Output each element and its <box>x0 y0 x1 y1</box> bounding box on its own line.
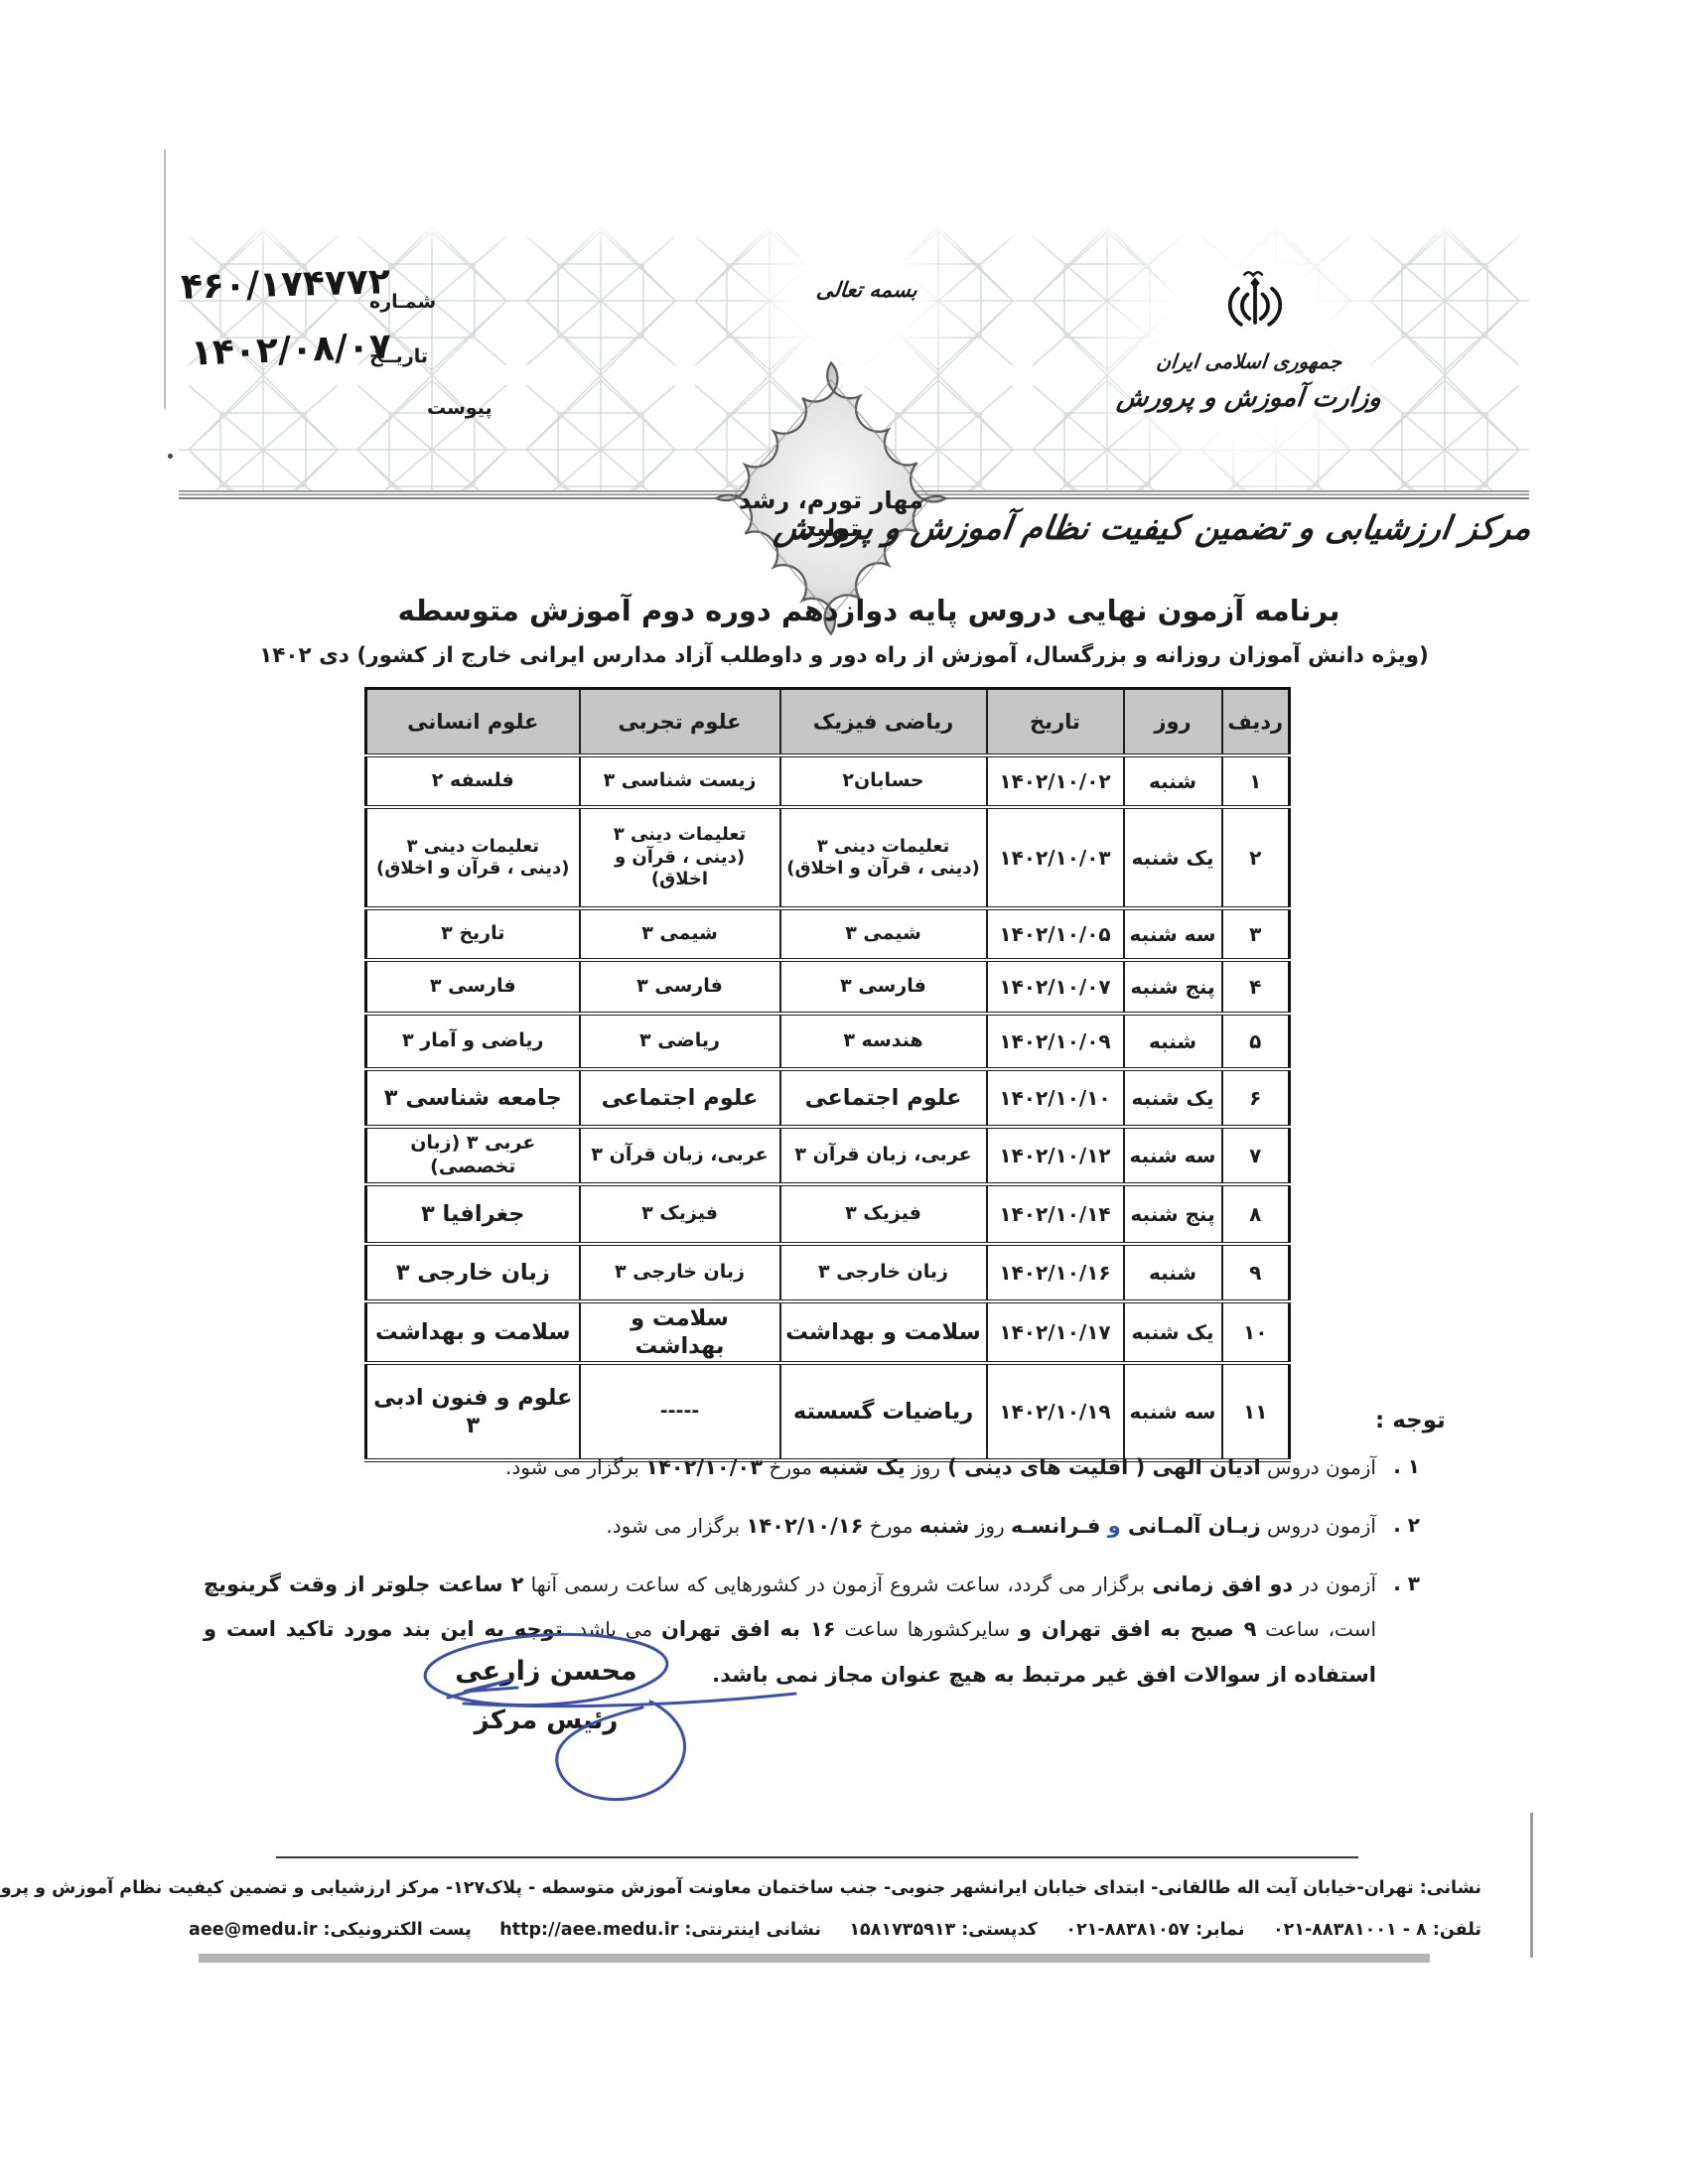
note-number: ۱ . <box>1376 1445 1420 1490</box>
note-text: آزمون دروس ادیان الهی ( اقلیت های دینی )… <box>204 1445 1376 1490</box>
note-segment: ۲ ساعت جلوتر از وقت گرینویچ <box>204 1572 523 1596</box>
note-segment: آزمون دروس <box>1261 1514 1376 1538</box>
table-cell: هندسه ۳ <box>780 1014 987 1069</box>
table-row: ۱۰یک شنبه۱۴۰۲/۱۰/۱۷سلامت و بهداشتسلامت و… <box>366 1301 1290 1363</box>
scan-edge-line-right <box>1530 1813 1533 1958</box>
attachment-label: پیوست <box>427 397 492 419</box>
table-row: ۱شنبه۱۴۰۲/۱۰/۰۲حسابان۲زیست شناسی ۳فلسفه … <box>366 755 1290 807</box>
note-segment: روز <box>906 1455 940 1479</box>
table-cell: ۷ <box>1222 1127 1290 1184</box>
table-cell: زبان خارجی ۳ <box>580 1244 780 1301</box>
footer-contact-item: کدپستی: ۱۵۸۱۷۳۵۹۱۳ <box>849 1920 1037 1940</box>
table-cell: ریاضی ۳ <box>580 1014 780 1069</box>
table-row: ۸پنج شنبه۱۴۰۲/۱۰/۱۴فیزیک ۳فیزیک ۳جغرافیا… <box>366 1184 1290 1244</box>
table-cell: فیزیک ۳ <box>780 1184 987 1244</box>
footer-contact-ltr-value: http://aee.medu.ir <box>499 1920 678 1940</box>
footer-contact-ltr-value: aee@medu.ir <box>189 1920 317 1940</box>
table-cell: پنج شنبه <box>1124 960 1222 1014</box>
note-text: آزمون دروس زبـان آلمـانی و فـرانسـه روز … <box>204 1504 1376 1549</box>
footer-address: نشانی: تهران-خیابان آیت اله طالقانی- ابت… <box>189 1878 1481 1898</box>
table-cell: تعلیمات دینی ۳ (دینی ، قرآن و اخلاق) <box>366 807 580 908</box>
table-cell: تاریخ ۳ <box>366 908 580 960</box>
note-segment: روز <box>969 1514 1011 1538</box>
note-segment: سایرکشورها ساعت <box>836 1617 1019 1641</box>
table-cell: زبان خارجی ۳ <box>366 1244 580 1301</box>
table-cell: تعلیمات دینی ۳ (دینی ، قرآن و اخلاق) <box>780 807 987 908</box>
exam-table-body: ۱شنبه۱۴۰۲/۱۰/۰۲حسابان۲زیست شناسی ۳فلسفه … <box>366 755 1290 1460</box>
table-cell: شنبه <box>1124 1014 1222 1069</box>
table-row: ۲یک شنبه۱۴۰۲/۱۰/۰۳تعلیمات دینی ۳ (دینی ،… <box>366 807 1290 908</box>
scan-edge-line-left <box>164 149 166 409</box>
note-item: ۱ .آزمون دروس ادیان الهی ( اقلیت های دین… <box>204 1445 1420 1490</box>
table-cell: پنج شنبه <box>1124 1184 1222 1244</box>
table-cell: ۴ <box>1222 960 1290 1014</box>
table-cell: زیست شناسی ۳ <box>580 755 780 807</box>
scanned-letter-page: شمـاره ۴۶۰/۱۷۴۷۷۲ تاریــخ ۱۴۰۲/۰۸/۰۷ پیو… <box>0 0 1688 2184</box>
note-segment: آزمون در <box>1293 1572 1376 1596</box>
table-cell: فلسفه ۲ <box>366 755 580 807</box>
table-cell: تعلیمات دینی ۳ (دینی ، قرآن و اخلاق) <box>580 807 780 908</box>
note-segment: ۱۴۰۲/۱۰/۰۳ <box>645 1455 763 1479</box>
iran-emblem-icon <box>1219 258 1291 347</box>
table-cell: ۱۴۰۲/۱۰/۱۷ <box>987 1301 1124 1363</box>
note-segment: ادیان الهی ( اقلیت های دینی ) <box>940 1455 1261 1479</box>
footer-contact-item: تلفن: ۸ - ۸۸۳۸۱۰۰۱-۰۲۱ <box>1273 1920 1481 1940</box>
table-cell: عربی، زبان قرآن ۳ <box>780 1127 987 1184</box>
footer-contact-item: پست الکترونیکی: aee@medu.ir <box>189 1920 472 1940</box>
table-cell: ۱۴۰۲/۱۰/۱۴ <box>987 1184 1124 1244</box>
date-handwritten-value: ۱۴۰۲/۰۸/۰۷ <box>190 326 391 373</box>
table-cell: فارسی ۳ <box>780 960 987 1014</box>
note-segment: برگزار می شود. <box>505 1455 645 1479</box>
table-header-cell: تاریخ <box>987 689 1124 756</box>
note-segment: دو افق زمانی <box>1152 1572 1293 1596</box>
table-cell: ۹ <box>1222 1244 1290 1301</box>
table-cell: عربی ۳ (زبان تخصصی) <box>366 1127 580 1184</box>
table-header-cell: روز <box>1124 689 1222 756</box>
note-segment: و <box>1108 1514 1121 1538</box>
table-cell: شیمی ۳ <box>780 908 987 960</box>
table-cell: شنبه <box>1124 1244 1222 1301</box>
note-number: ۳ . <box>1376 1563 1420 1697</box>
note-segment: زبـان آلمـانی <box>1121 1514 1261 1538</box>
table-cell: جغرافیا ۳ <box>366 1184 580 1244</box>
table-cell: ۱۴۰۲/۱۰/۰۷ <box>987 960 1124 1014</box>
table-header-cell: علوم تجربی <box>580 689 780 756</box>
exam-schedule-table: ردیفروزتاریخریاضی فیزیکعلوم تجربیعلوم ان… <box>367 687 1291 1462</box>
table-cell: عربی، زبان قرآن ۳ <box>580 1127 780 1184</box>
pen-signature-flourish <box>352 1628 819 1827</box>
footer-contact-item: نشانی اینترنتی: http://aee.medu.ir <box>499 1920 821 1940</box>
table-cell: سلامت و بهداشت <box>780 1301 987 1363</box>
table-cell: ۱۴۰۲/۱۰/۱۰ <box>987 1069 1124 1127</box>
document-title: برنامه آزمون نهایی دروس پایه دوازدهم دور… <box>328 594 1410 627</box>
table-cell: ۱۰ <box>1222 1301 1290 1363</box>
note-segment: مورخ <box>863 1514 918 1538</box>
table-cell: ریاضی و آمار ۳ <box>366 1014 580 1069</box>
note-segment: فـرانسـه <box>1011 1514 1108 1538</box>
table-row: ۵شنبه۱۴۰۲/۱۰/۰۹هندسه ۳ریاضی ۳ریاضی و آما… <box>366 1014 1290 1069</box>
table-cell: ۳ <box>1222 908 1290 960</box>
table-cell: یک شنبه <box>1124 1069 1222 1127</box>
note-segment: مورخ <box>763 1455 818 1479</box>
table-cell: ۱۴۰۲/۱۰/۱۶ <box>987 1244 1124 1301</box>
table-cell: ۸ <box>1222 1184 1290 1244</box>
table-cell: شنبه <box>1124 755 1222 807</box>
table-cell: ۱۴۰۲/۱۰/۰۲ <box>987 755 1124 807</box>
note-segment: ۱۴۰۲/۱۰/۱۶ <box>747 1514 864 1538</box>
table-cell: ۱۴۰۲/۱۰/۰۳ <box>987 807 1124 908</box>
table-cell: ۶ <box>1222 1069 1290 1127</box>
table-cell: ۱۴۰۲/۱۰/۰۹ <box>987 1014 1124 1069</box>
besmele-text: بسمه تعالی <box>781 278 953 302</box>
table-cell: ۱ <box>1222 755 1290 807</box>
table-cell: ۱۴۰۲/۱۰/۱۲ <box>987 1127 1124 1184</box>
table-row: ۷سه شنبه۱۴۰۲/۱۰/۱۲عربی، زبان قرآن ۳عربی،… <box>366 1127 1290 1184</box>
table-cell: سه شنبه <box>1124 1127 1222 1184</box>
document-subtitle: (ویژه دانش آموزان روزانه و بزرگسال، آموز… <box>253 643 1435 668</box>
table-row: ۹شنبه۱۴۰۲/۱۰/۱۶زبان خارجی ۳زبان خارجی ۳ز… <box>366 1244 1290 1301</box>
table-cell: سه شنبه <box>1124 908 1222 960</box>
footer-divider <box>276 1856 1358 1858</box>
table-cell: یک شنبه <box>1124 1301 1222 1363</box>
table-cell: یک شنبه <box>1124 807 1222 908</box>
table-cell: فیزیک ۳ <box>580 1184 780 1244</box>
table-header-cell: ریاضی فیزیک <box>780 689 987 756</box>
note-segment: برگزار می گردد، ساعت شروع آزمون در کشوره… <box>523 1572 1152 1596</box>
note-segment: است، ساعت <box>1256 1617 1376 1641</box>
table-cell: علوم اجتماعی <box>580 1069 780 1127</box>
table-cell: زبان خارجی ۳ <box>780 1244 987 1301</box>
number-handwritten-value: ۴۶۰/۱۷۴۷۷۲ <box>180 261 390 308</box>
table-header-cell: علوم انسانی <box>366 689 580 756</box>
notes-heading: توجه : <box>1375 1408 1465 1433</box>
table-row: ۶یک شنبه۱۴۰۲/۱۰/۱۰علوم اجتماعیعلوم اجتما… <box>366 1069 1290 1127</box>
note-number: ۲ . <box>1376 1504 1420 1549</box>
footer-contacts: تلفن: ۸ - ۸۸۳۸۱۰۰۱-۰۲۱نمابر: ۸۸۳۸۱۰۵۷-۰۲… <box>189 1920 1481 1940</box>
table-row: ۴پنج شنبه۱۴۰۲/۱۰/۰۷فارسی ۳فارسی ۳فارسی ۳ <box>366 960 1290 1014</box>
center-name-calligraphy: مرکز ارزشیابی و تضمین کیفیت نظام آموزش و… <box>891 508 1533 547</box>
note-segment: آزمون دروس <box>1261 1455 1376 1479</box>
note-segment: یک شنبه <box>818 1455 905 1479</box>
table-header-row: ردیفروزتاریخریاضی فیزیکعلوم تجربیعلوم ان… <box>366 689 1290 756</box>
ministry-calligraphy: وزارت آموزش و پرورش <box>1088 383 1409 413</box>
table-header-cell: ردیف <box>1222 689 1290 756</box>
table-cell: جامعه شناسی ۳ <box>366 1069 580 1127</box>
table-cell: فارسی ۳ <box>366 960 580 1014</box>
note-segment: شنبه <box>919 1514 970 1538</box>
note-segment: برگزار می شود. <box>606 1514 746 1538</box>
footer-contact-item: نمابر: ۸۸۳۸۱۰۵۷-۰۲۱ <box>1065 1920 1244 1940</box>
table-cell: ۲ <box>1222 807 1290 908</box>
table-row: ۳سه شنبه۱۴۰۲/۱۰/۰۵شیمی ۳شیمی ۳تاریخ ۳ <box>366 908 1290 960</box>
table-cell: علوم اجتماعی <box>780 1069 987 1127</box>
table-cell: شیمی ۳ <box>580 908 780 960</box>
note-segment: ۹ صبح به افق تهران و <box>1019 1617 1256 1641</box>
table-cell: فارسی ۳ <box>580 960 780 1014</box>
republic-calligraphy: جمهوری اسلامی ایران <box>1109 349 1390 373</box>
table-cell: ۱۴۰۲/۱۰/۰۵ <box>987 908 1124 960</box>
note-item: ۲ .آزمون دروس زبـان آلمـانی و فـرانسـه ر… <box>204 1504 1420 1549</box>
table-cell: سلامت و بهداشت <box>366 1301 580 1363</box>
table-cell: سلامت و بهداشت <box>580 1301 780 1363</box>
table-cell: ۵ <box>1222 1014 1290 1069</box>
table-cell: حسابان۲ <box>780 755 987 807</box>
footer-gray-bar <box>199 1954 1430 1963</box>
scan-dot-artifact <box>168 454 173 459</box>
